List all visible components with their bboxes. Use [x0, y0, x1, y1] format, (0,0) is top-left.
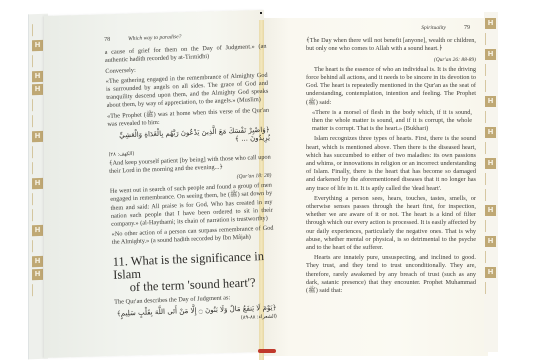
spine-mark	[260, 12, 262, 14]
cover-pattern-icon: H H H H H H H H	[32, 20, 44, 300]
paragraph: Everything a person sees, hears, touches…	[306, 195, 476, 252]
paragraph: The heart is the essence of who an indiv…	[306, 66, 476, 107]
page-number: 78	[104, 36, 110, 44]
hadith-quote: «The gathering engaged in the remembranc…	[106, 72, 269, 111]
running-header: Spirituality 79	[306, 24, 476, 32]
hadith-quote: «There is a morsel of flesh in the body …	[306, 109, 476, 134]
hadith-quote: «No other action of a person can surpass…	[111, 225, 274, 248]
right-page-content: Spirituality 79 ﴾The Day when there will…	[306, 24, 476, 297]
page-number: 79	[464, 24, 470, 32]
right-cover-edge: H H H H H H H H	[484, 12, 498, 352]
section-heading: 11. What is the significance in Islam of…	[112, 249, 275, 294]
left-page-content: 78 Which way to paradise? a cause of gri…	[104, 30, 277, 330]
arabic-verse: ﴿وَاصْبِرْ نَفْسَكَ مَعَ الَّذِينَ يَدْع…	[108, 126, 271, 149]
running-head-title: Spirituality	[421, 24, 446, 32]
paragraph: Islam recognizes three types of hearts. …	[306, 135, 476, 192]
paragraph: Hearts are innately pure, unsuspecting, …	[306, 254, 476, 295]
bookmark-ribbon	[258, 349, 276, 353]
paragraph: «The Prophet (ﷺ) was at home when this v…	[107, 106, 270, 129]
paragraph: He went out in search of such people and…	[110, 182, 273, 229]
arabic-verse: ﴿يَوْمَ لَا يَنفَعُ مَالٌ وَلَا بَنُونَ …	[115, 303, 278, 327]
open-book: H H H H H H H H H H H	[0, 0, 533, 362]
cover-pattern-icon: H H H H H H H H	[485, 16, 497, 298]
verse-reference: (Qur'an 26: 88-89)	[306, 56, 476, 64]
verse-translation: ﴾The Day when there will not benefit [an…	[306, 37, 476, 53]
running-head-title: Which way to paradise?	[128, 33, 182, 43]
